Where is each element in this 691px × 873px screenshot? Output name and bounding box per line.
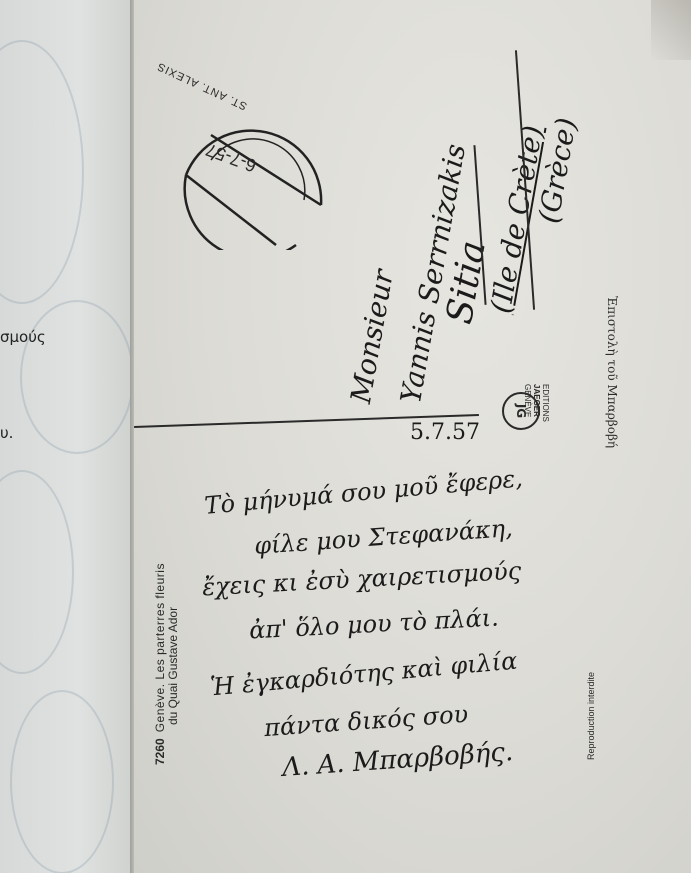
- caption-line-1: Genève. Les parterres fleuris: [153, 563, 167, 732]
- publisher-line: GENÈVE: [523, 384, 532, 422]
- address-line-1: Monsieur: [344, 267, 400, 406]
- faint-stamp-mark: [20, 300, 134, 454]
- faint-stamp-mark: [0, 40, 84, 304]
- message-line-6: πάντα δικός σου: [263, 700, 469, 742]
- postmark-stamp: [176, 105, 336, 250]
- left-page: σμούς υ.: [0, 0, 132, 873]
- publisher-line: EDITIONS: [541, 384, 550, 422]
- message-line-1: Τὸ μήνυμά σου μοῦ ἔφερε,: [203, 464, 523, 520]
- message-line-3: ἔχεις κι ἐσὺ χαιρετισμούς: [201, 557, 521, 602]
- postcard-caption: 7260Genève. Les parterres fleuris du Qua…: [154, 563, 180, 765]
- postcard-page: ST. ANT. ALEXIS 6-7-57 Monsieur Yannis S…: [134, 0, 691, 873]
- left-page-text: υ.: [0, 424, 13, 442]
- faint-stamp-mark: [10, 690, 114, 873]
- signature: Λ. Α. Μπαρβοβής.: [281, 737, 514, 783]
- page-shadow: [651, 0, 691, 60]
- caption-line-2: du Quai Gustave Ador: [167, 563, 180, 765]
- reproduction-notice: Reproduction interdite: [586, 672, 596, 760]
- letter-date: 5.7.57: [410, 420, 480, 445]
- message-line-5: Ἡ ἐγκαρδιότης καὶ φιλία: [209, 647, 518, 702]
- message-line-2: φίλε μου Στεφανάκη,: [253, 514, 513, 560]
- publisher-name: EDITIONS JAEGER GENÈVE: [523, 384, 550, 422]
- book-caption: Ἐπιστολὴ τοῦ Μπαρβοβή: [605, 296, 619, 448]
- catalog-number: 7260: [153, 738, 167, 765]
- publisher-line: JAEGER: [532, 384, 541, 422]
- left-page-text: σμούς: [0, 328, 46, 346]
- faint-stamp-mark: [0, 470, 74, 674]
- message-line-4: ἀπ' ὅλο μου τὸ πλάι.: [248, 603, 499, 644]
